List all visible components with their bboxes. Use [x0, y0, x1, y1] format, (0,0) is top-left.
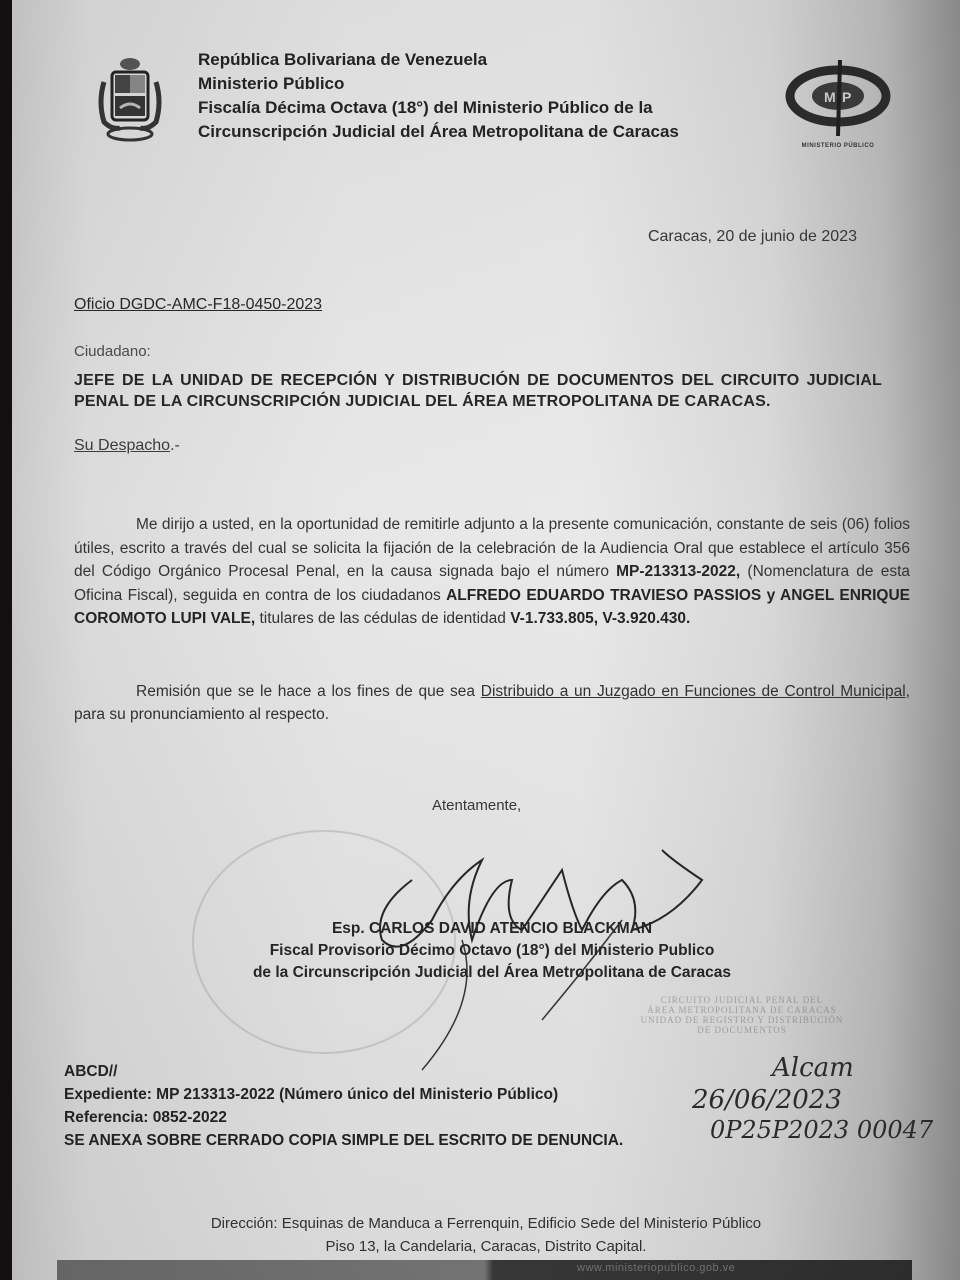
- body-text: titulares de las cédulas de identidad: [255, 610, 510, 627]
- address-line: Dirección: Esquinas de Manduca a Ferrenq…: [12, 1212, 960, 1235]
- handwritten-code: 0P25P2023 00047: [710, 1116, 934, 1144]
- identity-numbers: V-1.733.805, V-3.920.430.: [510, 610, 690, 627]
- logo-caption: MINISTERIO PÚBLICO: [782, 143, 894, 149]
- svg-text:P: P: [842, 89, 851, 105]
- stamp-line: DE DOCUMENTOS: [612, 1025, 872, 1035]
- body-paragraph-2: Remisión que se le hace a los fines de q…: [74, 680, 910, 726]
- signer-jurisdiction: de la Circunscripción Judicial del Área …: [202, 962, 782, 984]
- handwritten-signature: Alcam: [770, 1053, 854, 1083]
- ministerio-publico-logo: M P MINISTERIO PÚBLICO: [782, 56, 894, 156]
- header-line: Fiscalía Décima Octava (18°) del Ministe…: [198, 96, 679, 120]
- website-text: www.ministeriopublico.gob.ve: [577, 1262, 735, 1274]
- reference-footer: ABCD// Expediente: MP 213313-2022 (Númer…: [64, 1060, 623, 1152]
- document-date: Caracas, 20 de junio de 2023: [648, 228, 857, 246]
- referencia: Referencia: 0852-2022: [64, 1106, 623, 1129]
- distribution-instruction: Distribuido a un Juzgado en Funciones de…: [481, 683, 910, 700]
- address-footer: Dirección: Esquinas de Manduca a Ferrenq…: [12, 1212, 960, 1258]
- svg-text:M: M: [824, 89, 836, 105]
- header-line: Ministerio Público: [198, 72, 679, 96]
- address-line: Piso 13, la Candelaria, Caracas, Distrit…: [12, 1235, 960, 1258]
- expediente: Expediente: MP 213313-2022 (Número único…: [64, 1083, 623, 1106]
- signer-name: Esp. CARLOS DAVID ATENCIO BLACKMAN: [202, 918, 782, 940]
- receipt-stamp: CIRCUITO JUDICIAL PENAL DEL ÁREA METROPO…: [612, 995, 872, 1035]
- initials: ABCD//: [64, 1060, 623, 1083]
- bottom-banner: www.ministeriopublico.gob.ve: [57, 1260, 912, 1280]
- recipient: JEFE DE LA UNIDAD DE RECEPCIÓN Y DISTRIB…: [74, 370, 882, 412]
- despacho-label: Su Despacho: [74, 437, 170, 454]
- body-text: para su pronunciamiento al respecto.: [74, 706, 329, 723]
- case-number: MP-213313-2022,: [616, 563, 740, 580]
- stamp-line: ÁREA METROPOLITANA DE CARACAS: [612, 1005, 872, 1015]
- header-line: República Bolivariana de Venezuela: [198, 48, 679, 72]
- body-paragraph-1: Me dirijo a usted, en la oportunidad de …: [74, 513, 910, 631]
- handwritten-date: 26/06/2023: [692, 1085, 842, 1115]
- header-line: Circunscripción Judicial del Área Metrop…: [198, 120, 679, 144]
- despacho-suffix: .-: [170, 437, 180, 454]
- handwritten-receipt-annotation: Alcam 26/06/2023 0P25P2023 00047: [692, 1038, 960, 1168]
- signer-block: Esp. CARLOS DAVID ATENCIO BLACKMAN Fisca…: [202, 918, 782, 984]
- institution-header: República Bolivariana de Venezuela Minis…: [198, 48, 679, 144]
- stamp-line: CIRCUITO JUDICIAL PENAL DEL: [612, 995, 872, 1005]
- oficio-number: Oficio DGDC-AMC-F18-0450-2023: [74, 296, 322, 314]
- stamp-line: UNIDAD DE REGISTRO Y DISTRIBUCIÓN: [612, 1015, 872, 1025]
- salutation: Ciudadano:: [74, 343, 151, 360]
- su-despacho: Su Despacho.-: [74, 437, 180, 455]
- signer-title: Fiscal Provisorio Décimo Octavo (18°) de…: [202, 940, 782, 962]
- mp-logo-icon: M P: [782, 56, 894, 138]
- document-page: República Bolivariana de Venezuela Minis…: [12, 0, 960, 1280]
- closing: Atentamente,: [432, 797, 521, 814]
- anexo-note: SE ANEXA SOBRE CERRADO COPIA SIMPLE DEL …: [64, 1129, 623, 1152]
- body-text: Remisión que se le hace a los fines de q…: [136, 683, 481, 700]
- venezuela-coat-of-arms-icon: [90, 52, 170, 144]
